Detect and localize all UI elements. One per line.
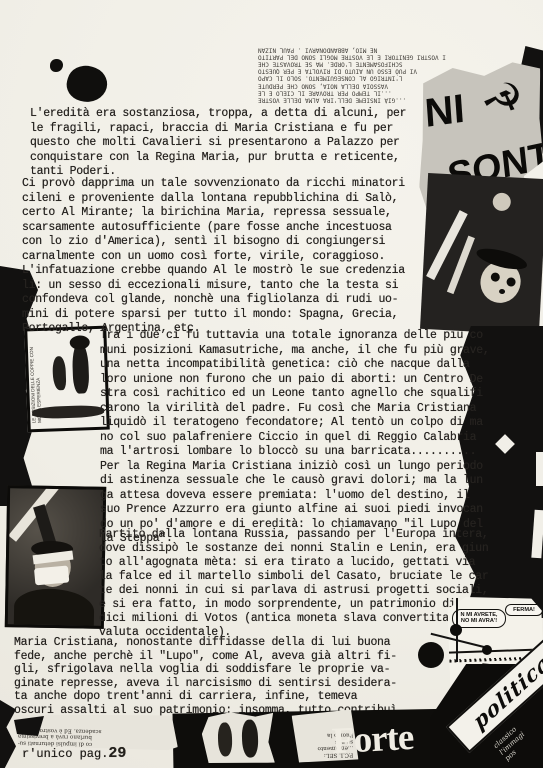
footer-label: r'unico pag. [22,747,108,761]
scanned-zine-page: ...GIÀ INSIEME DELL'IRA ALMA DELLE VOSTR… [0,0,543,768]
figure-silhouette [52,356,66,390]
figure-silhouette [217,722,232,756]
ink-blot-small [50,59,63,72]
doll-face-small [492,192,511,211]
photo-base-shadow [32,405,104,420]
bomb-dot-large [418,642,444,668]
bomb-dot-medium [450,624,462,636]
left-bottom-shard [0,700,16,768]
paragraph-3: Tra i due ci fu tuttavia una totale igno… [100,329,520,547]
torn-photo-scrap [201,711,275,765]
protester-photo [5,485,106,629]
hammer-sickle-icon: ☭ [475,67,530,128]
ink-blot-large [63,61,111,106]
bomb-dot-small [482,645,492,655]
speech-bubble-right: FERMA! [505,604,543,616]
footer-page-number: 29 [108,745,126,762]
forte-headline: Forte [331,716,414,763]
white-mask [34,565,69,585]
kamasutra-clipping: LE POSIZIONI DELLE COPPIE CON MOLTA ESPE… [24,326,110,433]
page-footer: r'unico pag.29 [22,745,126,762]
figure-silhouette [241,719,258,758]
figure-hair [69,335,89,350]
paragraph-2: Ci provò dapprima un tale sovvenzionato … [22,177,462,337]
paragraph-1: L'eredità era sostanziosa, troppa, a det… [30,107,466,180]
white-sliver [536,452,543,486]
